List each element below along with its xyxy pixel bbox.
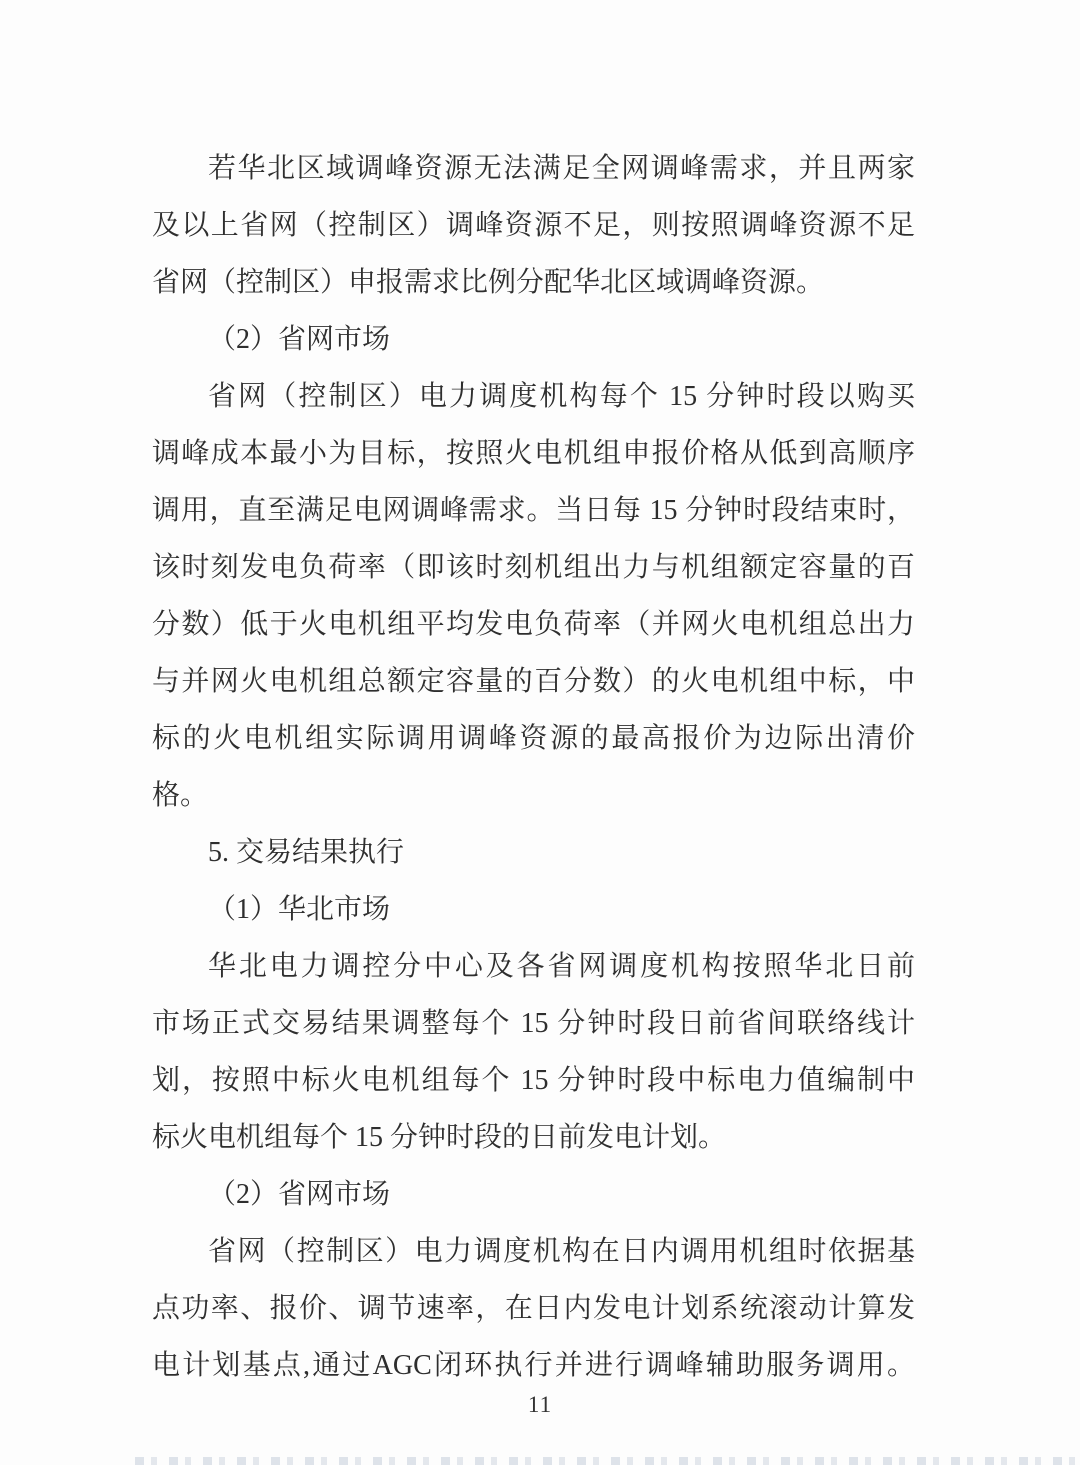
body-text-line: 分数）低于火电机组平均发电负荷率（并网火电机组总出力 (152, 596, 915, 653)
section-heading: （2）省网市场 (152, 311, 915, 368)
body-text-line: 调峰成本最小为目标，按照火电机组申报价格从低到高顺序 (152, 425, 915, 482)
document-page: 若华北区域调峰资源无法满足全网调峰需求，并且两家 及以上省网（控制区）调峰资源不… (0, 0, 1080, 1465)
body-text-line: 点功率、报价、调节速率，在日内发电计划系统滚动计算发 (152, 1280, 915, 1337)
body-text-line: 若华北区域调峰资源无法满足全网调峰需求，并且两家 (152, 140, 915, 197)
body-text-line: 市场正式交易结果调整每个 15 分钟时段日前省间联络线计 (152, 995, 915, 1052)
body-text-line: 格。 (152, 767, 915, 824)
page-number: 11 (0, 1392, 1080, 1418)
cutoff-watermark (135, 1457, 1080, 1465)
body-text-line: 标火电机组每个 15 分钟时段的日前发电计划。 (152, 1109, 915, 1166)
section-heading: 5. 交易结果执行 (152, 824, 915, 881)
body-text-line: 华北电力调控分中心及各省网调度机构按照华北日前 (152, 938, 915, 995)
body-text-line: 电计划基点,通过AGC闭环执行并进行调峰辅助服务调用。 (152, 1337, 915, 1394)
section-heading: （1）华北市场 (152, 881, 915, 938)
body-text-line: 省网（控制区）电力调度机构每个 15 分钟时段以购买 (152, 368, 915, 425)
document-body: 若华北区域调峰资源无法满足全网调峰需求，并且两家 及以上省网（控制区）调峰资源不… (152, 140, 915, 1394)
body-text-line: 调用，直至满足电网调峰需求。当日每 15 分钟时段结束时， (152, 482, 915, 539)
body-text-line: 标的火电机组实际调用调峰资源的最高报价为边际出清价 (152, 710, 915, 767)
body-text-line: 与并网火电机组总额定容量的百分数）的火电机组中标，中 (152, 653, 915, 710)
body-text-line: 省网（控制区）电力调度机构在日内调用机组时依据基 (152, 1223, 915, 1280)
body-text-line: 划，按照中标火电机组每个 15 分钟时段中标电力值编制中 (152, 1052, 915, 1109)
section-heading: （2）省网市场 (152, 1166, 915, 1223)
body-text-line: 省网（控制区）申报需求比例分配华北区域调峰资源。 (152, 254, 915, 311)
body-text-line: 该时刻发电负荷率（即该时刻机组出力与机组额定容量的百 (152, 539, 915, 596)
body-text-line: 及以上省网（控制区）调峰资源不足，则按照调峰资源不足 (152, 197, 915, 254)
